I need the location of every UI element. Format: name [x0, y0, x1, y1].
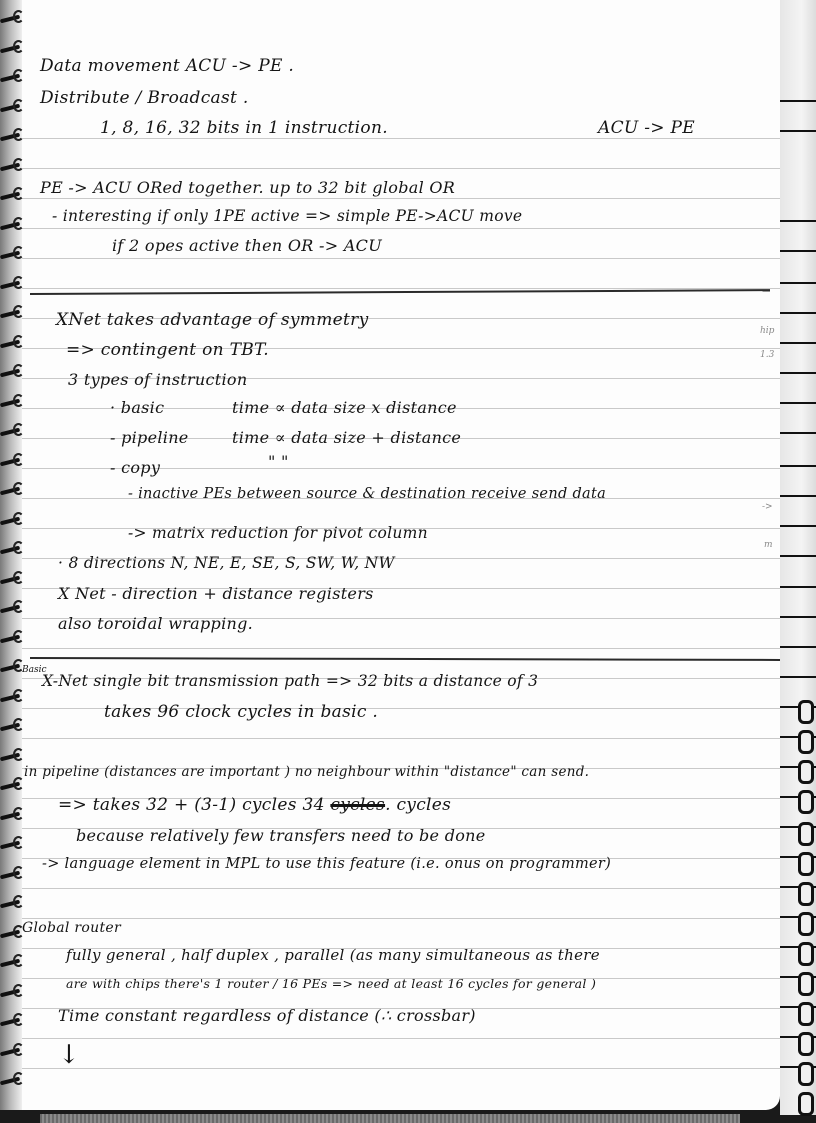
instruction-type-desc: " " — [268, 452, 289, 471]
spiral-coil — [0, 191, 22, 201]
note-line: 1, 8, 16, 32 bits in 1 instruction. — [100, 118, 388, 138]
ruled-line — [22, 168, 780, 169]
note-line: => takes 32 + (3-1) cycles 34 cycles. cy… — [58, 795, 451, 815]
binder-hole — [798, 1092, 814, 1116]
spiral-coil — [0, 339, 22, 349]
spiral-coil — [0, 840, 22, 850]
cycles-calc-end: . cycles — [385, 795, 451, 815]
binder-hole — [798, 760, 814, 784]
margin-note: hip — [760, 326, 774, 336]
note-line: because relatively few transfers need to… — [76, 826, 486, 845]
binder-hole — [798, 790, 814, 814]
ruled-line — [22, 228, 780, 229]
spiral-coil — [0, 693, 22, 703]
note-line: - inactive PEs between source & destinat… — [128, 486, 606, 502]
spiral-coil — [0, 309, 22, 319]
spiral-coil — [0, 457, 22, 467]
spiral-coil — [0, 427, 22, 437]
notebook-page: Data movement ACU -> PE . Distribute / B… — [0, 0, 780, 1110]
spiral-coil — [0, 73, 22, 83]
spiral-coil — [0, 870, 22, 880]
ruled-line — [22, 138, 780, 139]
note-line: also toroidal wrapping. — [58, 614, 253, 633]
spiral-coil — [0, 368, 22, 378]
margin-note: 1.3 — [760, 350, 774, 360]
note-line: 3 types of instruction — [68, 370, 247, 389]
instruction-type-label: - pipeline — [110, 428, 189, 447]
note-line: Time constant regardless of distance (∴ … — [58, 1006, 476, 1025]
note-line: XNet takes advantage of symmetry — [56, 310, 368, 330]
spiral-coil — [0, 604, 22, 614]
note-line: - interesting if only 1PE active => simp… — [52, 207, 522, 225]
instruction-type-desc: time ∝ data size x distance — [232, 398, 457, 417]
note-line: -> matrix reduction for pivot column — [128, 524, 428, 542]
spiral-coil — [0, 14, 22, 24]
note-line: in pipeline (distances are important ) n… — [24, 764, 589, 780]
spiral-coil — [0, 250, 22, 260]
binder-hole — [798, 882, 814, 906]
ruled-line — [22, 648, 780, 649]
instruction-type-label: · basic — [110, 398, 164, 417]
spiral-coil — [0, 132, 22, 142]
spiral-coil — [0, 516, 22, 526]
page-stack-edge — [40, 1114, 740, 1123]
spiral-coil — [0, 486, 22, 496]
note-line: · 8 directions N, NE, E, SE, S, SW, W, N… — [58, 554, 395, 572]
margin-note: m — [764, 540, 773, 550]
spiral-coil — [0, 663, 22, 673]
note-line: Data movement ACU -> PE . — [40, 56, 294, 76]
section-divider — [30, 657, 780, 661]
next-page-edge — [780, 0, 816, 1115]
spiral-coil — [0, 958, 22, 968]
binder-hole — [798, 852, 814, 876]
spiral-coil — [0, 899, 22, 909]
binder-hole — [798, 700, 814, 724]
spiral-coil — [0, 1047, 22, 1057]
binder-hole — [798, 730, 814, 754]
spiral-coil — [0, 1017, 22, 1027]
spiral-coil — [0, 162, 22, 172]
spiral-coil — [0, 221, 22, 231]
spiral-coil — [0, 811, 22, 821]
note-line: Distribute / Broadcast . — [40, 88, 249, 108]
ruled-line — [22, 1038, 780, 1039]
binder-hole — [798, 1062, 814, 1086]
spiral-coil — [0, 103, 22, 113]
note-line: -> language element in MPL to use this f… — [42, 856, 611, 872]
spiral-coil — [0, 929, 22, 939]
note-line: X Net - direction + distance registers — [58, 584, 374, 603]
spiral-coil — [0, 280, 22, 290]
spiral-coil — [0, 1076, 22, 1086]
note-line: takes 96 clock cycles in basic . — [104, 702, 378, 722]
spiral-coil — [0, 722, 22, 732]
note-line: => contingent on TBT. — [66, 340, 269, 360]
down-arrow-icon: ↓ — [58, 1040, 80, 1070]
binder-hole — [798, 1002, 814, 1026]
spiral-coil — [0, 398, 22, 408]
margin-note: -> — [762, 502, 773, 512]
section-heading: Global router — [22, 920, 121, 936]
binder-hole — [798, 942, 814, 966]
instruction-type-desc: time ∝ data size + distance — [232, 428, 461, 447]
note-line: ACU -> PE — [598, 118, 695, 138]
spiral-coil — [0, 634, 22, 644]
spiral-coil — [0, 781, 22, 791]
note-line: if 2 opes active then OR -> ACU — [112, 236, 382, 255]
spiral-coil — [0, 988, 22, 998]
note-line: PE -> ACU ORed together. up to 32 bit gl… — [40, 178, 455, 197]
section-divider — [30, 289, 770, 295]
note-line: are with chips there's 1 router / 16 PEs… — [66, 976, 596, 991]
binder-hole — [798, 1032, 814, 1056]
spiral-coil — [0, 545, 22, 555]
note-line: X-Net single bit transmission path => 32… — [42, 672, 538, 690]
ruled-line — [22, 1068, 780, 1069]
ruled-line — [22, 738, 780, 739]
ruled-line — [22, 198, 780, 199]
binder-hole — [798, 912, 814, 936]
cycles-calc: => takes 32 + (3-1) cycles 34 — [58, 795, 330, 815]
spiral-coil — [0, 575, 22, 585]
ruled-line — [22, 888, 780, 889]
binder-hole — [798, 972, 814, 996]
binder-hole — [798, 822, 814, 846]
spiral-binding — [0, 0, 22, 1110]
instruction-type-label: - copy — [110, 458, 160, 477]
note-line: fully general , half duplex , parallel (… — [66, 946, 600, 964]
spiral-coil — [0, 44, 22, 54]
ruled-line — [22, 918, 780, 919]
spiral-coil — [0, 752, 22, 762]
struck-text: cycles — [330, 795, 385, 815]
ruled-line — [22, 258, 780, 259]
